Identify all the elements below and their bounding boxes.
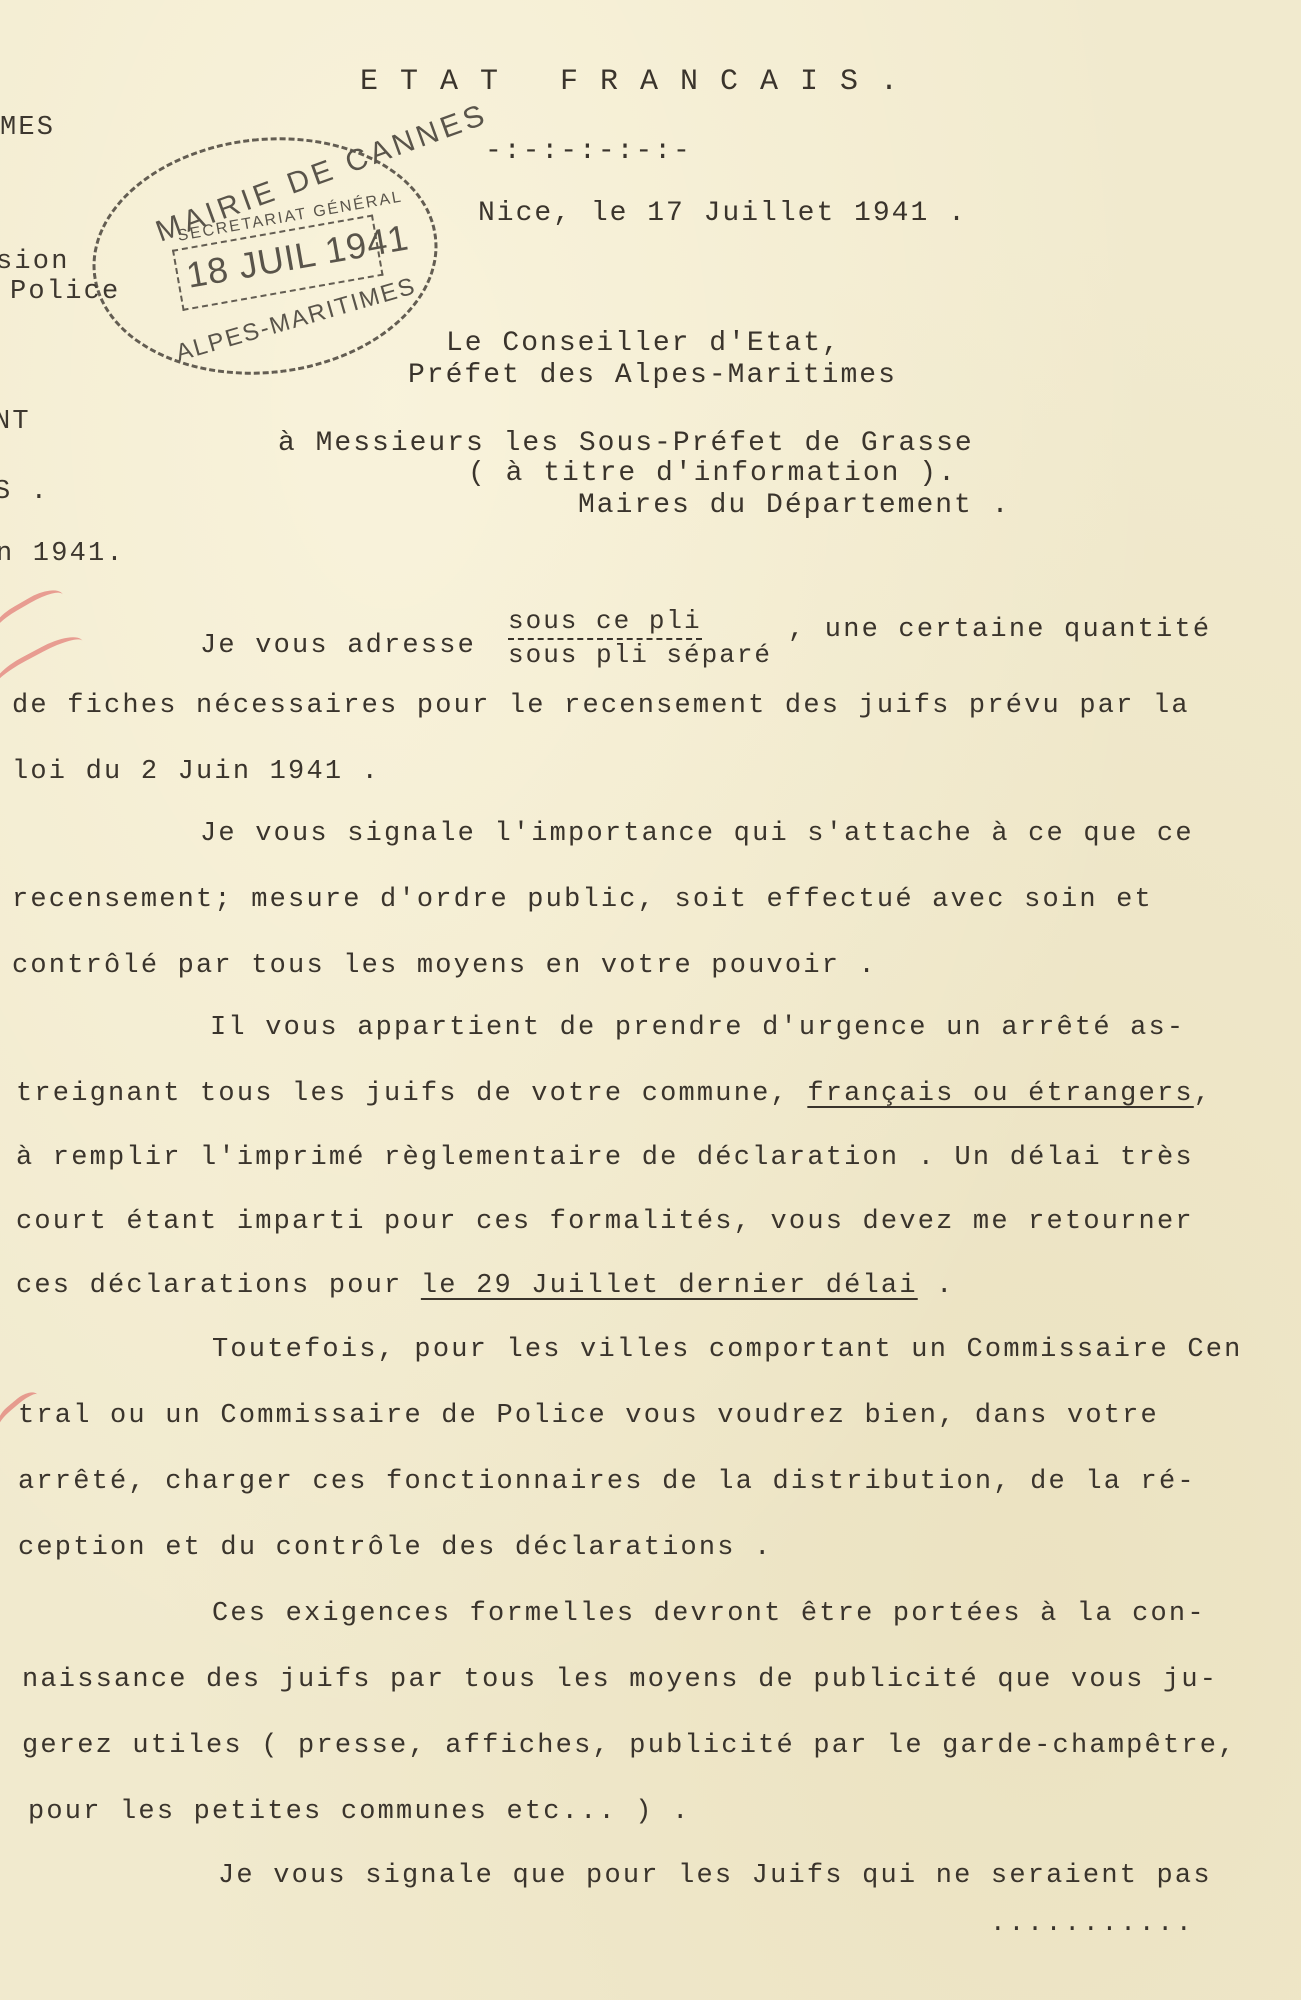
- margin-fragment: sion: [0, 246, 70, 278]
- margin-fragment: S .: [0, 476, 49, 508]
- body-line: Je vous signale l'importance qui s'attac…: [200, 818, 1194, 850]
- margin-fragment: NT: [0, 406, 31, 438]
- body-line-mixed: treignant tous les juifs de votre commun…: [16, 1078, 1212, 1110]
- body-line: recensement; mesure d'ordre public, soit…: [12, 884, 1153, 916]
- sender-role: Préfet des Alpes-Maritimes: [408, 360, 897, 392]
- document-title: ETAT FRANCAIS.: [360, 66, 920, 98]
- body-p1-rest: , une certaine quantité: [788, 614, 1211, 646]
- recipient-line-2: ( à titre d'information ).: [468, 458, 957, 490]
- body-text: ces déclarations pour: [16, 1271, 421, 1301]
- body-line: court étant imparti pour ces formalités,…: [16, 1206, 1194, 1238]
- recipient-line-3: Maires du Département .: [578, 490, 1010, 522]
- underlined-francais-ou-etrangers: français ou étrangers: [807, 1079, 1193, 1109]
- body-line-mixed: ces déclarations pour le 29 Juillet dern…: [16, 1270, 955, 1302]
- body-line: pour les petites communes etc... ) .: [28, 1796, 691, 1828]
- margin-fragment: MES: [0, 112, 55, 144]
- body-text: treignant tous les juifs de votre commun…: [16, 1079, 807, 1109]
- body-line: à remplir l'imprimé règlementaire de déc…: [16, 1142, 1194, 1174]
- body-line: loi du 2 Juin 1941 .: [12, 756, 380, 788]
- body-text: .: [918, 1271, 955, 1301]
- body-line: contrôlé par tous les moyens en votre po…: [12, 950, 877, 982]
- body-line: naissance des juifs par tous les moyens …: [22, 1664, 1218, 1696]
- body-line: gerez utiles ( presse, affiches, publici…: [22, 1730, 1237, 1762]
- body-line: ception et du contrôle des déclarations …: [18, 1532, 773, 1564]
- margin-fragment: n 1941.: [0, 538, 125, 570]
- header-separator: -:-:-:-:-:-: [485, 136, 692, 168]
- body-text: ,: [1194, 1079, 1212, 1109]
- body-p1-lead: Je vous adresse: [200, 630, 476, 662]
- place-date: Nice, le 17 Juillet 1941 .: [478, 198, 967, 230]
- body-line: de fiches nécessaires pour le recensemen…: [12, 690, 1190, 722]
- recipient-line-1: à Messieurs les Sous-Préfet de Grasse: [278, 428, 974, 460]
- body-line: tral ou un Commissaire de Police vous vo…: [18, 1400, 1159, 1432]
- body-line: Je vous signale que pour les Juifs qui n…: [218, 1860, 1212, 1892]
- body-line: Il vous appartient de prendre d'urgence …: [210, 1012, 1185, 1044]
- body-line: Ces exigences formelles devront être por…: [212, 1598, 1206, 1630]
- body-line: arrêté, charger ces fonctionnaires de la…: [18, 1466, 1196, 1498]
- sender-title: Le Conseiller d'Etat,: [446, 328, 841, 360]
- continuation-dots: ...........: [990, 1908, 1195, 1938]
- option-sous-pli-separe: sous pli séparé: [508, 640, 772, 670]
- underlined-deadline: le 29 Juillet dernier délai: [421, 1271, 918, 1301]
- option-sous-ce-pli: sous ce pli: [508, 606, 702, 640]
- body-line: Toutefois, pour les villes comportant un…: [212, 1334, 1243, 1366]
